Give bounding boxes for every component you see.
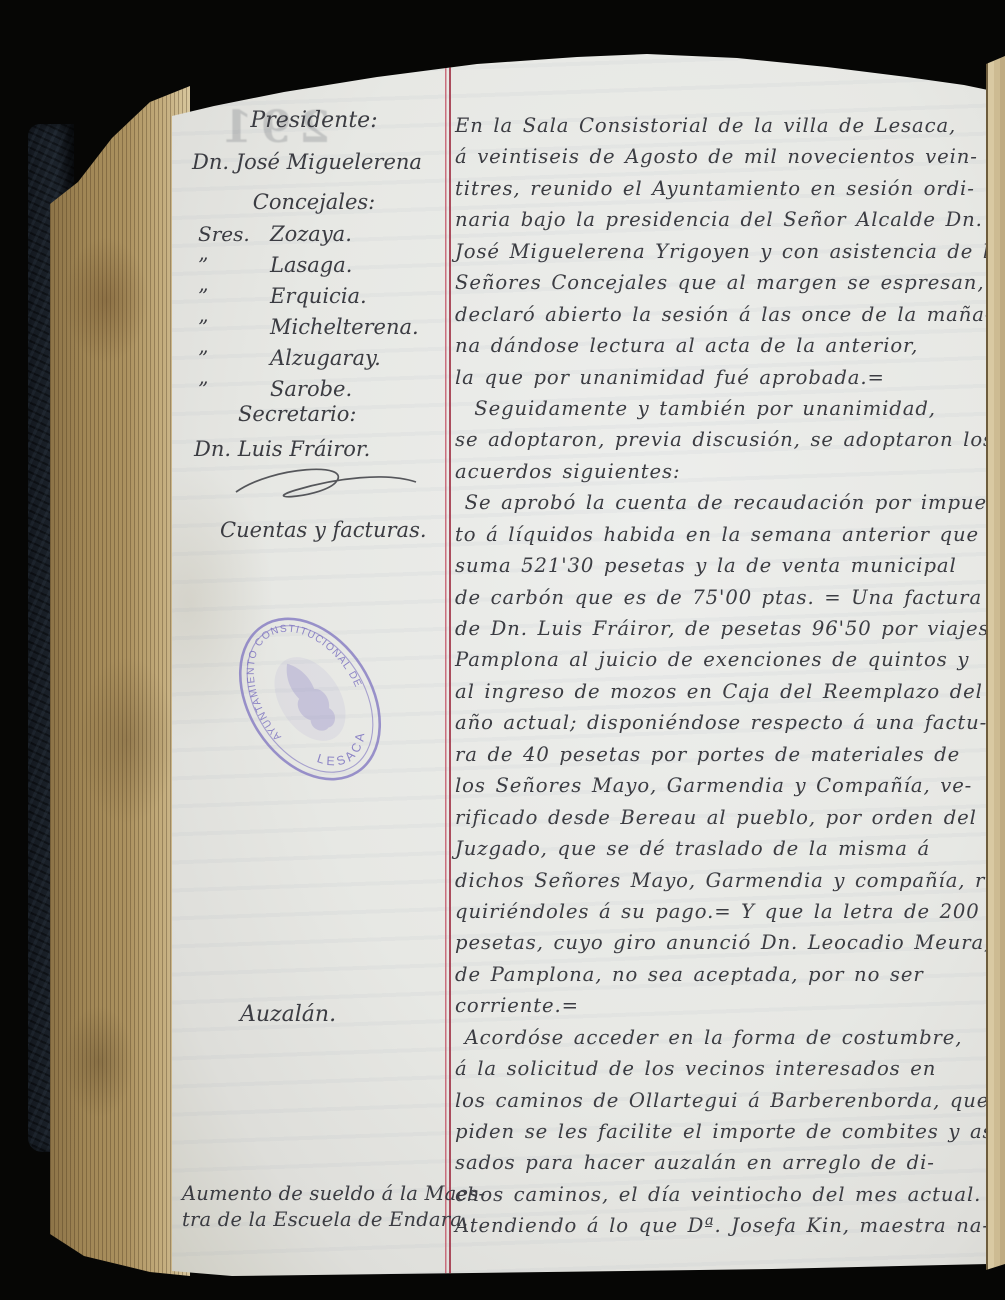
manuscript-line: piden se les facilite el importe de comb… [455, 1116, 980, 1147]
manuscript-line: Pamplona al juicio de exenciones de quin… [455, 644, 980, 675]
concejales-heading: Concejales: [180, 190, 448, 214]
concejal-row: ” Erquicia. [198, 284, 419, 315]
manuscript-line: chos caminos, el día veintiocho del mes … [455, 1179, 980, 1210]
margin-column: Presidente: Dn. José Miguelerena Conceja… [180, 52, 448, 1276]
page-edge-stack [50, 86, 190, 1276]
concejal-row: Sres. Zozaya. [198, 222, 419, 253]
entry-heading-aumento-line2: tra de la Escuela de Endara. [182, 1208, 468, 1231]
secretario-heading: Secretario: [238, 402, 356, 426]
manuscript-line: de Dn. Luis Fráiror, de pesetas 96'50 po… [455, 613, 980, 644]
manuscript-line: rificado desde Bereau al pueblo, por ord… [455, 802, 980, 833]
manuscript-line: á la solicitud de los vecinos interesado… [455, 1053, 980, 1084]
presidente-heading: Presidente: [180, 108, 448, 133]
concejal-name: Zozaya. [244, 222, 352, 246]
manuscript-line: quiriéndoles á su pago.= Y que la letra … [455, 896, 980, 927]
manuscript-line: declaró abierto la sesión á las once de … [455, 299, 980, 330]
concejal-name: Lasaga. [244, 253, 352, 277]
concejal-prefix: ” [198, 284, 244, 308]
concejal-row: ” Alzugaray. [198, 346, 419, 377]
signature-flourish [218, 460, 433, 508]
manuscript-page: 291 Presidente: Dn. José Miguelerena Con… [172, 52, 988, 1276]
manuscript-line: suma 521'30 pesetas y la de venta munici… [455, 550, 980, 581]
manuscript-line: Señores Concejales que al margen se espr… [455, 267, 980, 298]
concejal-prefix: Sres. [198, 222, 244, 246]
manuscript-line: año actual; disponiéndose respecto á una… [455, 707, 980, 738]
entry-heading-cuentas: Cuentas y facturas. [220, 518, 427, 542]
manuscript-line: ra de 40 pesetas por portes de materiale… [455, 739, 980, 770]
manuscript-line: Se aprobó la cuenta de recaudación por i… [455, 487, 980, 518]
manuscript-line: al ingreso de mozos en Caja del Reemplaz… [455, 676, 980, 707]
concejal-name: Alzugaray. [244, 346, 381, 370]
concejal-name: Erquicia. [244, 284, 367, 308]
municipal-stamp: AYUNTAMIENTO CONSTITUCIONAL DE LESACA [215, 597, 405, 802]
manuscript-line: Seguidamente y también por unanimidad, [455, 393, 980, 424]
concejal-prefix: ” [198, 346, 244, 370]
manuscript-line: á veintiseis de Agosto de mil noveciento… [455, 141, 980, 172]
manuscript-line: sados para hacer auzalán en arreglo de d… [455, 1147, 980, 1178]
concejal-prefix: ” [198, 377, 244, 401]
manuscript-line: se adoptaron, previa discusión, se adopt… [455, 424, 980, 455]
manuscript-line: la que por unanimidad fué aprobada.= [455, 362, 980, 393]
manuscript-line: En la Sala Consistorial de la villa de L… [455, 110, 980, 141]
entry-heading-aumento-line1: Aumento de sueldo á la Maes- [182, 1182, 485, 1205]
manuscript-line: los caminos de Ollartegui á Barberenbord… [455, 1085, 980, 1116]
scanned-minutes-photo: 291 Presidente: Dn. José Miguelerena Con… [0, 0, 1005, 1300]
concejal-row: ” Michelterena. [198, 315, 419, 346]
manuscript-line: acuerdos siguientes: [455, 456, 980, 487]
manuscript-line: de carbón que es de 75'00 ptas. = Una fa… [455, 582, 980, 613]
concejal-prefix: ” [198, 315, 244, 339]
manuscript-line: pesetas, cuyo giro anunció Dn. Leocadio … [455, 927, 980, 958]
concejales-list: Sres. Zozaya. ” Lasaga. ” Erquicia. ” Mi… [198, 222, 419, 408]
manuscript-line: naria bajo la presidencia del Señor Alca… [455, 204, 980, 235]
presidente-name: Dn. José Miguelerena [192, 150, 422, 174]
manuscript-line: corriente.= [455, 990, 980, 1021]
minutes-body-text: En la Sala Consistorial de la villa de L… [455, 110, 980, 1242]
concejal-row: ” Lasaga. [198, 253, 419, 284]
manuscript-line: de Pamplona, no sea aceptada, por no ser [455, 959, 980, 990]
manuscript-line: Atendiendo á lo que Dª. Josefa Kin, maes… [455, 1210, 980, 1241]
concejal-name: Michelterena. [244, 315, 419, 339]
entry-heading-auzalan: Auzalán. [240, 1002, 336, 1027]
secretario-name: Dn. Luis Fráiror. [194, 437, 370, 461]
manuscript-line: titres, reunido el Ayuntamiento en sesió… [455, 173, 980, 204]
manuscript-line: José Miguelerena Yrigoyen y con asistenc… [455, 236, 980, 267]
concejal-prefix: ” [198, 253, 244, 277]
manuscript-line: dichos Señores Mayo, Garmendia y compañí… [455, 865, 980, 896]
manuscript-line: na dándose lectura al acta de la anterio… [455, 330, 980, 361]
manuscript-line: Acordóse acceder en la forma de costumbr… [455, 1022, 980, 1053]
book-fore-edge [986, 56, 1005, 1270]
manuscript-line: los Señores Mayo, Garmendia y Compañía, … [455, 770, 980, 801]
concejal-name: Sarobe. [244, 377, 352, 401]
manuscript-line: Juzgado, que se dé traslado de la misma … [455, 833, 980, 864]
manuscript-line: to á líquidos habida en la semana anteri… [455, 519, 980, 550]
